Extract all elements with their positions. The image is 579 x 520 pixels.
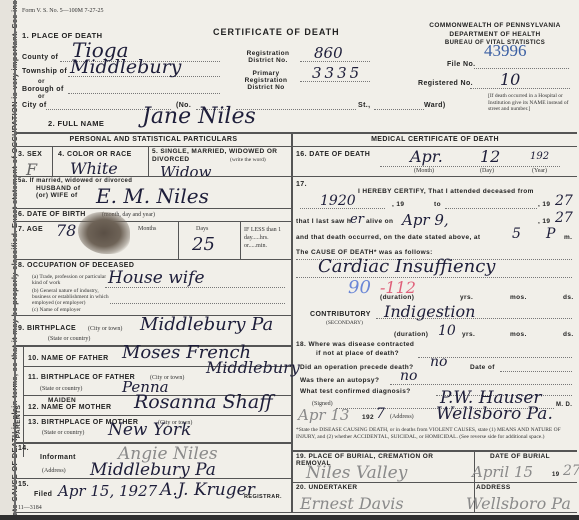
form-id: Form V. S. No. 5—100M 7-27-25	[22, 8, 103, 14]
filed-date: Apr 15, 1927	[58, 482, 157, 500]
address-label: (Address)	[390, 414, 414, 420]
or-label: or	[38, 94, 45, 100]
contributory-years: 10	[438, 323, 456, 339]
medical-heading: MEDICAL CERTIFICATE OF DEATH	[293, 136, 577, 143]
state-note: (State or country)	[48, 336, 90, 342]
primary-registration-label: Primary Registration District No	[232, 70, 300, 91]
full-name-label: 2. FULL NAME	[48, 119, 104, 128]
registered-no-value: 10	[500, 70, 520, 89]
item-number: 14.	[18, 445, 29, 452]
certify-statement: I HEREBY CERTIFY, That I attended deceas…	[358, 188, 534, 195]
mos-label: mos.	[510, 331, 527, 338]
duration-label: (duration)	[380, 294, 414, 301]
registration-district-value: 860	[314, 44, 343, 62]
cause-label: The CAUSE OF DEATH* was as follows:	[296, 249, 433, 256]
scan-edge	[0, 515, 579, 520]
alive-on-label: alive on	[366, 218, 393, 225]
state-note: (State or country)	[42, 430, 84, 436]
item-number: 17.	[296, 181, 307, 188]
classification-code-blue: 90	[348, 277, 371, 298]
md-label: M. D.	[556, 402, 572, 408]
last-saw-label: that I last saw h	[296, 218, 351, 225]
file-no-label: File No.	[447, 61, 475, 68]
month-label: (Month)	[414, 168, 434, 174]
days-label: Days	[196, 226, 208, 232]
county-label: County of	[22, 54, 58, 61]
street-label: St.,	[358, 102, 371, 109]
father-birthplace-label: 11. BIRTHPLACE OF FATHER	[28, 374, 135, 381]
informant-address: Middlebury Pa	[90, 460, 216, 480]
to-label: to	[434, 201, 441, 208]
year-prefix: , 19	[392, 201, 404, 208]
filed-label: Filed	[34, 491, 52, 498]
date-of-label: Date of	[470, 364, 495, 371]
city-label: City of	[22, 102, 47, 109]
husband-label: HUSBAND of	[36, 185, 80, 192]
undertaker-address: Wellsboro Pa	[466, 494, 571, 513]
marital-value: Widow	[160, 163, 211, 181]
certificate-title: CERTIFICATE OF DEATH	[213, 27, 340, 37]
or-label: or	[38, 79, 45, 85]
m-label: m.	[564, 234, 572, 241]
registration-district-label: Registration District No.	[238, 50, 298, 64]
undertaker-label: 20. UNDERTAKER	[296, 484, 357, 491]
duration-label: (duration)	[394, 331, 428, 338]
ds-label: ds.	[563, 331, 574, 338]
mother-birthplace-value: New York	[108, 420, 191, 440]
autopsy-value: no	[400, 368, 417, 384]
year-label: (Year)	[532, 168, 547, 174]
last-saw-date: Apr 9,	[402, 211, 449, 229]
city-note: (City or town)	[88, 326, 122, 332]
burial-date: April 15	[472, 463, 533, 481]
test-label: What test confirmed diagnosis?	[300, 388, 411, 395]
age-label: 7. AGE	[18, 226, 43, 233]
operation-value: no	[430, 354, 447, 370]
yrs-label: yrs.	[460, 294, 473, 301]
year-prefix: 19	[552, 472, 559, 478]
death-certificate: State CAUSE OF DEATH in plain terms, so …	[0, 0, 579, 520]
item-number: 15.	[18, 481, 29, 488]
death-day: 12	[480, 147, 500, 166]
undertaker-address-label: ADDRESS	[476, 484, 511, 491]
mother-label: 12. NAME OF MOTHER	[28, 404, 111, 411]
parents-side-label: PARENTS	[15, 405, 22, 438]
maiden-label: MAIDEN	[48, 397, 76, 404]
sex-label: 3. SEX	[18, 151, 42, 158]
left-margin: State CAUSE OF DEATH in plain terms, so …	[0, 0, 14, 520]
ds-label: ds.	[563, 294, 574, 301]
age-years: 78	[56, 221, 76, 240]
dob-label: 6. DATE OF BIRTH	[18, 211, 86, 218]
death-year-prefix: 192	[530, 151, 549, 162]
death-month: Apr.	[410, 147, 443, 166]
file-number: 43996	[484, 41, 527, 61]
full-name-value: Jane Niles	[142, 104, 256, 129]
primary-registration-value: 3335	[312, 64, 362, 82]
agency-name: COMMONWEALTH OF PENNSYLVANIA	[410, 22, 579, 29]
attended-to: 27	[555, 193, 573, 209]
less-than-day-note: IF LESS than 1 day.....hrs. or.....min.	[244, 226, 292, 250]
cause-of-death: Cardiac Insuffiency	[318, 256, 495, 277]
registrar-signature: A.J. Kruger	[160, 480, 255, 500]
borough-label: Borough of	[22, 86, 64, 93]
township-value: Middlebury	[70, 56, 181, 78]
marital-note: (write the word)	[230, 157, 266, 163]
father-birthplace-city: Middlebury	[206, 358, 300, 377]
state-note: (State or country)	[40, 386, 82, 392]
spouse-value: E. M. Niles	[96, 184, 209, 208]
attended-from: 1920	[320, 193, 356, 209]
last-saw-year: 27	[555, 210, 573, 226]
mother-value: Rosanna Shaff	[134, 391, 273, 413]
operation-label: Did an operation precede death?	[300, 364, 414, 371]
signed-date: Apr 13	[298, 406, 349, 424]
personal-heading: PERSONAL AND STATISTICAL PARTICULARS	[16, 136, 291, 143]
burial-place: Niles Valley	[306, 463, 407, 483]
signed-year: 7	[376, 406, 385, 422]
day-label: (Day)	[480, 168, 494, 174]
marital-label: 5. SINGLE, MARRIED, WIDOWED OR DIVORCED	[152, 148, 290, 164]
occupation-a-label: (a) Trade, profession or particular kind…	[32, 274, 107, 286]
hospital-note: [If death occurred in a Hospital or Inst…	[488, 93, 572, 113]
year-prefix: , 19	[538, 201, 550, 208]
year-prefix: 192	[362, 414, 374, 421]
age-days: 25	[192, 234, 215, 255]
township-label: Township of	[22, 68, 67, 75]
birthplace-label: 9. BIRTHPLACE	[18, 325, 76, 332]
address-label: (Address)	[42, 468, 66, 474]
undertaker-name: Ernest Davis	[300, 494, 404, 513]
race-label: 4. COLOR OR RACE	[58, 151, 132, 158]
death-ampm: P	[546, 226, 555, 242]
contributory-label: CONTRIBUTORY	[310, 311, 371, 318]
cause-footnote: *State the DISEASE CAUSING DEATH, or in …	[296, 427, 574, 440]
yrs-label: yrs.	[462, 331, 475, 338]
occupation-value: House wife	[108, 268, 205, 288]
occupation-c-label: (c) Name of employer	[32, 307, 81, 313]
wife-label: (or) WIFE of	[36, 192, 78, 199]
year-prefix: , 19	[538, 218, 550, 225]
physician-address: Wellsboro Pa.	[436, 404, 553, 424]
months-label: Months	[138, 226, 156, 232]
occurred-text: and that death occurred, on the date sta…	[296, 234, 480, 241]
ward-label: Ward)	[424, 102, 446, 109]
registrar-label: REGISTRAR.	[244, 494, 282, 500]
burial-year: 27	[563, 463, 579, 479]
print-code: 11—3184	[18, 505, 42, 511]
informant-label: Informant	[40, 454, 76, 461]
birthplace-value: Middlebury Pa	[140, 314, 273, 335]
q18b-label: if not at place of death?	[316, 350, 399, 357]
father-label: 10. NAME OF FATHER	[28, 355, 109, 362]
department-name: DEPARTMENT OF HEALTH	[410, 31, 579, 38]
autopsy-label: Was there an autopsy?	[300, 377, 379, 384]
date-of-death-label: 16. DATE OF DEATH	[296, 151, 370, 158]
q18-label: 18. Where was disease contracted	[296, 341, 414, 348]
registered-no-label: Registered No.	[418, 80, 473, 87]
secondary-label: (SECONDARY)	[326, 320, 363, 326]
death-time: 5	[512, 226, 521, 242]
occupation-b-label: (b) General nature of industry, business…	[32, 288, 112, 306]
burial-date-label: DATE OF BURIAL	[490, 453, 550, 460]
mos-label: mos.	[510, 294, 527, 301]
last-saw-pronoun: er	[350, 212, 364, 227]
